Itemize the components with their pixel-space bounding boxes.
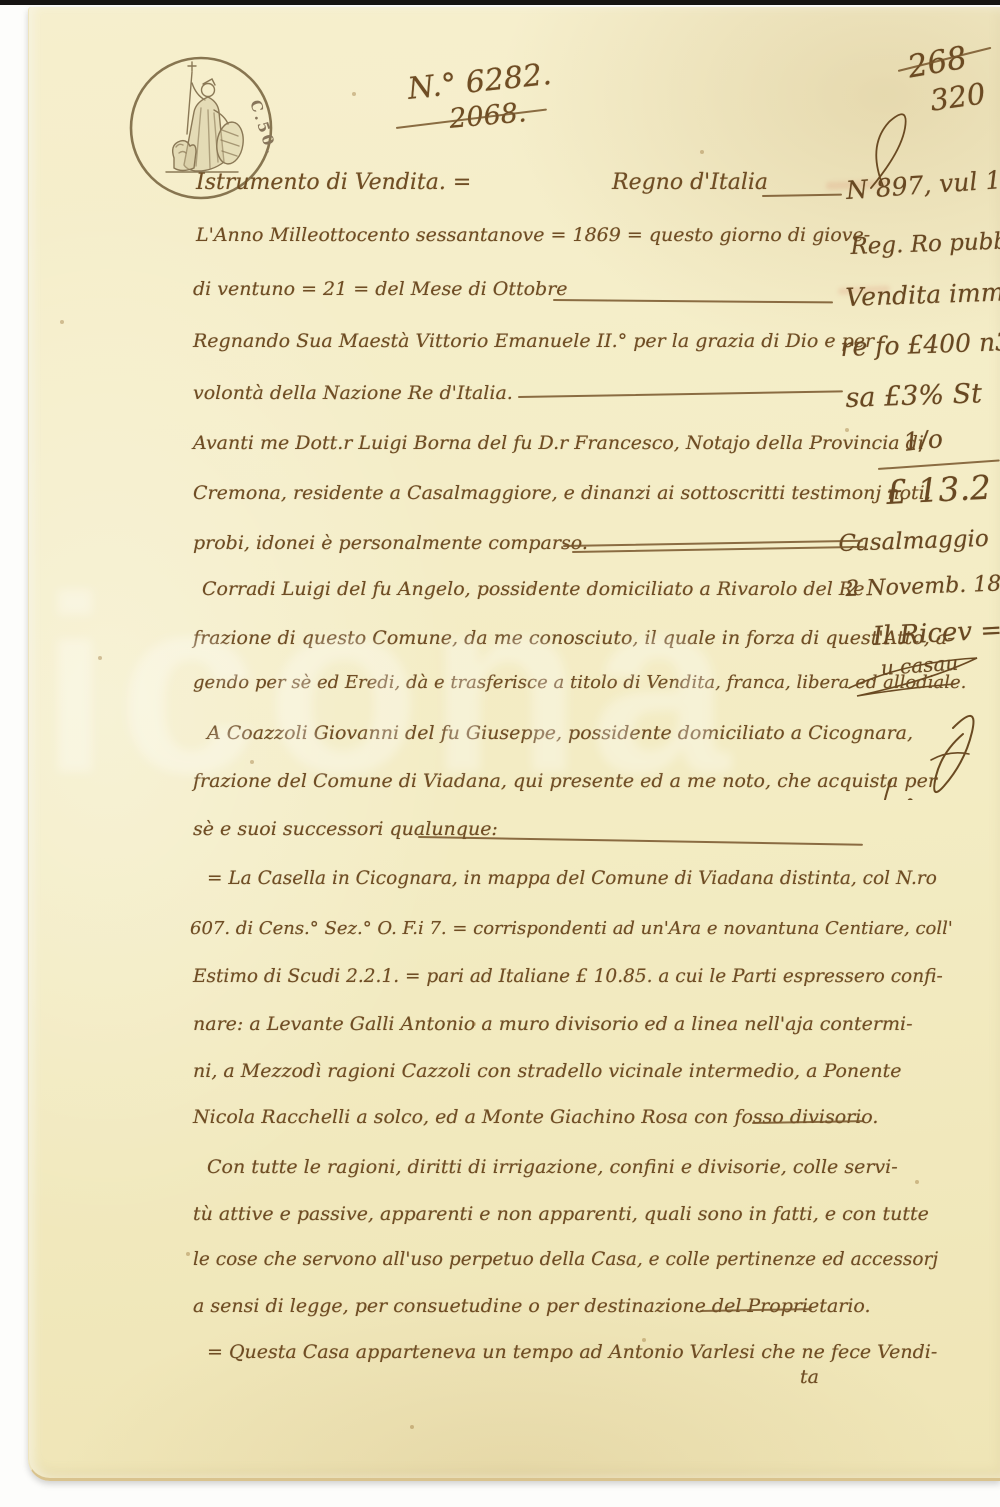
- paper-speck: [352, 92, 356, 96]
- paper-speck: [530, 585, 534, 589]
- margin-note: Reg. Ro pubbl: [850, 228, 1000, 260]
- manuscript-line: Istrumento di Vendita. =: [196, 170, 471, 195]
- manuscript-line: Cremona, residente a Casalmaggiore, e di…: [193, 482, 931, 504]
- paper-speck: [472, 1022, 476, 1026]
- manuscript-line: frazione del Comune di Viadana, qui pres…: [193, 770, 937, 792]
- manuscript-line: probi, idonei è personalmente comparso.: [193, 532, 588, 554]
- manuscript-line: a sensi di legge, per consuetudine o per…: [193, 1295, 871, 1317]
- scan-top-edge: [0, 0, 1000, 5]
- margin-note: Vendita immo: [845, 277, 1000, 312]
- margin-note: re fo £400 n3: [840, 327, 1000, 362]
- margin-note: sa £3% St: [845, 378, 982, 414]
- scanned-document-page: { "document": { "stamp": { "value": "C.5…: [0, 0, 1000, 1507]
- manuscript-line: di ventuno = 21 = del Mese di Ottobre: [193, 278, 568, 300]
- manuscript-line: L'Anno Milleottocento sessantanove = 186…: [196, 224, 870, 246]
- paper-speck: [60, 320, 64, 324]
- manuscript-line: tù attive e passive, apparenti e non app…: [193, 1203, 929, 1225]
- margin-note: £ 13.2: [885, 468, 992, 512]
- stamp-value: C.50.: [246, 98, 278, 159]
- paper-speck: [845, 428, 849, 432]
- manuscript-line: ni, a Mezzodì ragioni Cazzoli con strade…: [193, 1060, 902, 1082]
- paper-speck: [700, 150, 704, 154]
- manuscript-line: Regno d'Italia: [612, 170, 768, 195]
- manuscript-line: 607. di Cens.° Sez.° O. F.i 7. = corrisp…: [190, 918, 953, 939]
- paper-speck: [915, 1180, 919, 1184]
- margin-note: 2 Novemb. 186: [845, 571, 1000, 602]
- manuscript-line: nare: a Levante Galli Antonio a muro div…: [193, 1013, 913, 1035]
- manuscript-line: = La Casella in Cicognara, in mappa del …: [207, 868, 937, 889]
- manuscript-line: Regnando Sua Maestà Vittorio Emanuele II…: [193, 330, 874, 352]
- paper-speck: [98, 656, 102, 660]
- margin-note: 1/o: [902, 424, 944, 457]
- manuscript-line: ta: [800, 1366, 819, 1388]
- manuscript-line: Con tutte le ragioni, diritti di irrigaz…: [207, 1156, 898, 1178]
- manuscript-line: Avanti me Dott.r Luigi Borna del fu D.r …: [193, 432, 924, 454]
- paper-speck: [642, 1338, 646, 1342]
- manuscript-line: volontà della Nazione Re d'Italia.: [193, 382, 513, 404]
- manuscript-line: Corradi Luigi del fu Angelo, possidente …: [202, 578, 864, 600]
- manuscript-line: gendo per sè ed Eredi, dà e trasferisce …: [193, 672, 966, 693]
- paper-speck: [410, 1425, 414, 1429]
- manuscript-line: Estimo di Scudi 2.2.1. = pari ad Italian…: [193, 966, 943, 987]
- manuscript-line: frazione di questo Comune, da me conosci…: [193, 627, 954, 649]
- manuscript-line: = Questa Casa apparteneva un tempo ad An…: [207, 1341, 937, 1363]
- manuscript-line: Nicola Racchelli a solco, ed a Monte Gia…: [193, 1106, 878, 1128]
- manuscript-line: A Coazzoli Giovanni del fu Giuseppe, pos…: [207, 722, 913, 744]
- paper-speck: [186, 1252, 190, 1256]
- paper-speck: [250, 760, 254, 764]
- manuscript-line: le cose che servono all'uso perpetuo del…: [193, 1249, 938, 1270]
